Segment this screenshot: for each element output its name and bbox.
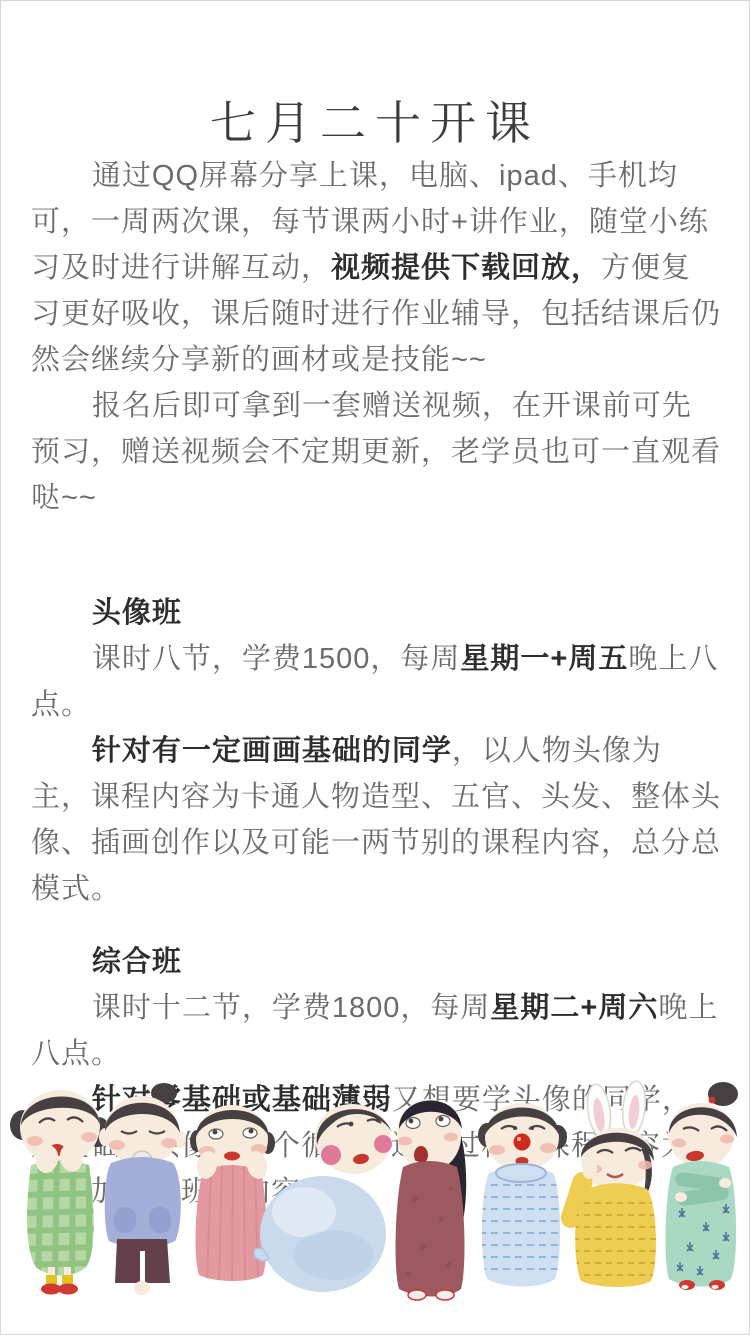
- poster-body-text: 通过QQ屏幕分享上课，电脑、ipad、手机均可，一周两次课，每节课两小时+讲作业…: [31, 153, 721, 1215]
- red-clown-nose: [514, 1134, 531, 1151]
- character-green-plaid-girl: [10, 1086, 111, 1294]
- character-maroon-robe-girl: [393, 1096, 466, 1300]
- poster-title: 七月二十开课: [1, 93, 749, 153]
- intro-p1-bold-text: 视频提供下载回放，: [331, 252, 601, 284]
- hair-tie: [709, 1097, 716, 1104]
- character-blue-tunic-kid: [99, 1083, 186, 1295]
- character-blue-knit-red-nose-kid: [478, 1103, 567, 1287]
- comprehensive-schedule-days: 星期二+周六: [490, 992, 658, 1024]
- intro-paragraph-2: 报名后即可拿到一套赠送视频，在开课前可先预习，赠送视频会不定期更新，老学员也可一…: [31, 383, 721, 521]
- comprehensive-class-schedule: 课时十二节，学费1800，每周星期二+周六晚上八点。: [31, 985, 721, 1077]
- portrait-desc-audience: 针对有一定画画基础的同学: [92, 735, 452, 767]
- portrait-class-description: 针对有一定画画基础的同学，以人物头像为主，课程内容为卡通人物造型、五官、头发、整…: [31, 728, 721, 912]
- character-teal-floral-girl: [665, 1082, 738, 1290]
- intro-paragraph-1: 通过QQ屏幕分享上课，电脑、ipad、手机均可，一周两次课，每节课两小时+讲作业…: [31, 153, 721, 383]
- comprehensive-schedule-text: 课时十二节，学费1800，每周: [92, 992, 491, 1024]
- section-portrait-class: 头像班 课时八节，学费1500，每周星期一+周五晚上八点。 针对有一定画画基础的…: [31, 590, 721, 912]
- character-yellow-bunny-ears-kid: [558, 1080, 661, 1287]
- portrait-class-schedule: 课时八节，学费1500，每周星期一+周五晚上八点。: [31, 636, 721, 728]
- portrait-class-heading: 头像班: [31, 590, 721, 636]
- character-balloon-baby: [254, 1099, 396, 1292]
- comprehensive-class-heading: 综合班: [31, 939, 721, 985]
- watercolor-characters-illustration: [1, 1079, 750, 1319]
- portrait-schedule-text: 课时八节，学费1500，每周: [92, 643, 461, 675]
- portrait-schedule-days: 星期一+周五: [460, 643, 628, 675]
- course-announcement-poster: 七月二十开课 通过QQ屏幕分享上课，电脑、ipad、手机均可，一周两次课，每节课…: [0, 0, 750, 1335]
